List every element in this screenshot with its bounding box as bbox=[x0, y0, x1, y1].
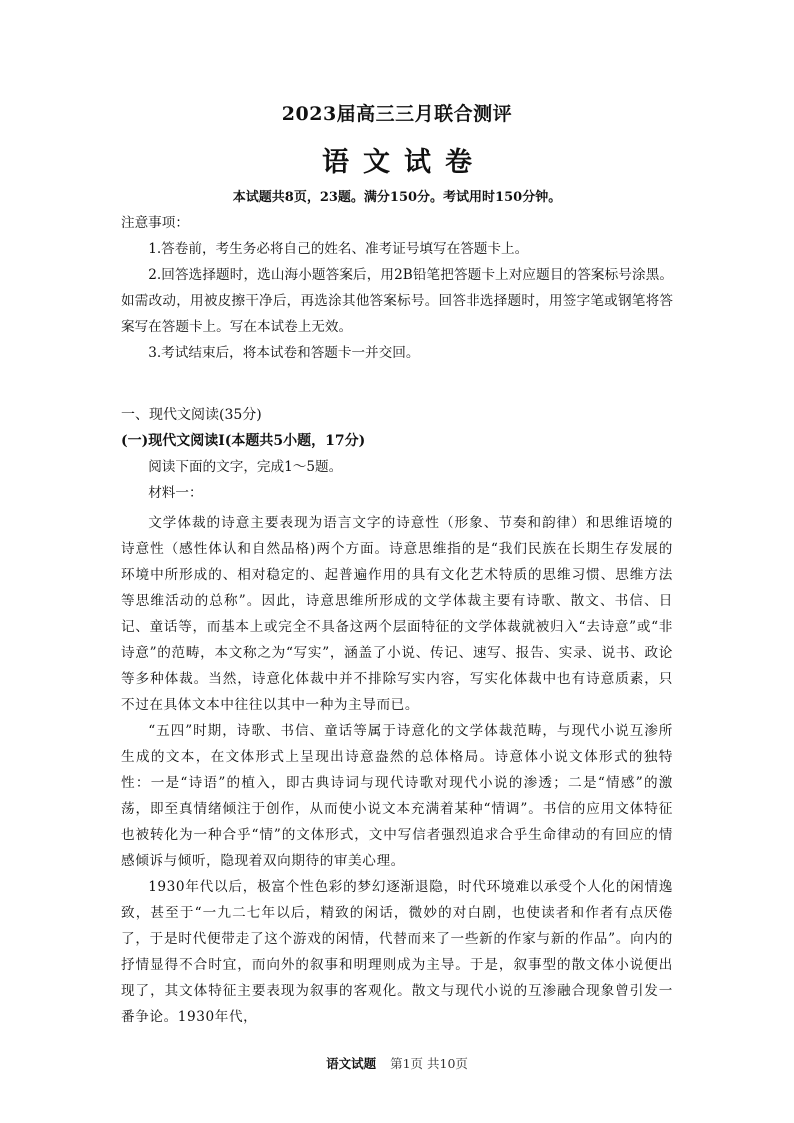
material-label: 材料一： bbox=[121, 480, 673, 506]
footer-doc-title: 语文试题 bbox=[326, 1056, 376, 1071]
footer-page-info: 第1页 共10页 bbox=[390, 1056, 468, 1071]
exam-subject-title: 语文试卷 bbox=[0, 140, 794, 179]
exam-page: 2023届高三三月联合测评 语文试卷 本试题共8页，23题。满分150分。考试用… bbox=[0, 0, 794, 1123]
notice-heading: 注意事项： bbox=[121, 210, 673, 236]
exam-title: 2023届高三三月联合测评 bbox=[0, 99, 794, 126]
notice-item-3: 3.考试结束后，将本试卷和答题卡一并交回。 bbox=[121, 340, 673, 366]
notice-item-1: 1.答卷前，考生务必将自己的姓名、准考证号填写在答题卡上。 bbox=[121, 236, 673, 262]
section-header: 一、现代文阅读(35分) (一)现代文阅读Ⅰ(本题共5小题，17分) 阅读下面的… bbox=[121, 402, 673, 506]
paragraph-1: 文学体裁的诗意主要表现为语言文字的诗意性（形象、节奏和韵律）和思维语境的诗意性（… bbox=[121, 510, 673, 718]
page-footer: 语文试题 第1页 共10页 bbox=[0, 1054, 794, 1072]
paragraph-2: “五四”时期，诗歌、书信、童话等属于诗意化的文学体裁范畴，与现代小说互渗所生成的… bbox=[121, 718, 673, 874]
exam-meta-info: 本试题共8页，23题。满分150分。考试用时150分钟。 bbox=[0, 186, 794, 205]
material-body: 文学体裁的诗意主要表现为语言文字的诗意性（形象、节奏和韵律）和思维语境的诗意性（… bbox=[121, 510, 673, 1030]
notice-list: 1.答卷前，考生务必将自己的姓名、准考证号填写在答题卡上。 2.回答选择题时，选… bbox=[121, 236, 673, 366]
reading-instruction: 阅读下面的文字，完成1～5题。 bbox=[121, 454, 673, 480]
notice-item-2: 2.回答选择题时，选山海小题答案后，用2B铅笔把答题卡上对应题目的答案标号涂黑。… bbox=[121, 262, 673, 340]
section-subheading: (一)现代文阅读Ⅰ(本题共5小题，17分) bbox=[121, 428, 673, 454]
paragraph-3: 1930年代以后，极富个性色彩的梦幻逐渐退隐，时代环境难以承受个人化的闲情逸致，… bbox=[121, 874, 673, 1030]
section-heading: 一、现代文阅读(35分) bbox=[121, 402, 673, 428]
